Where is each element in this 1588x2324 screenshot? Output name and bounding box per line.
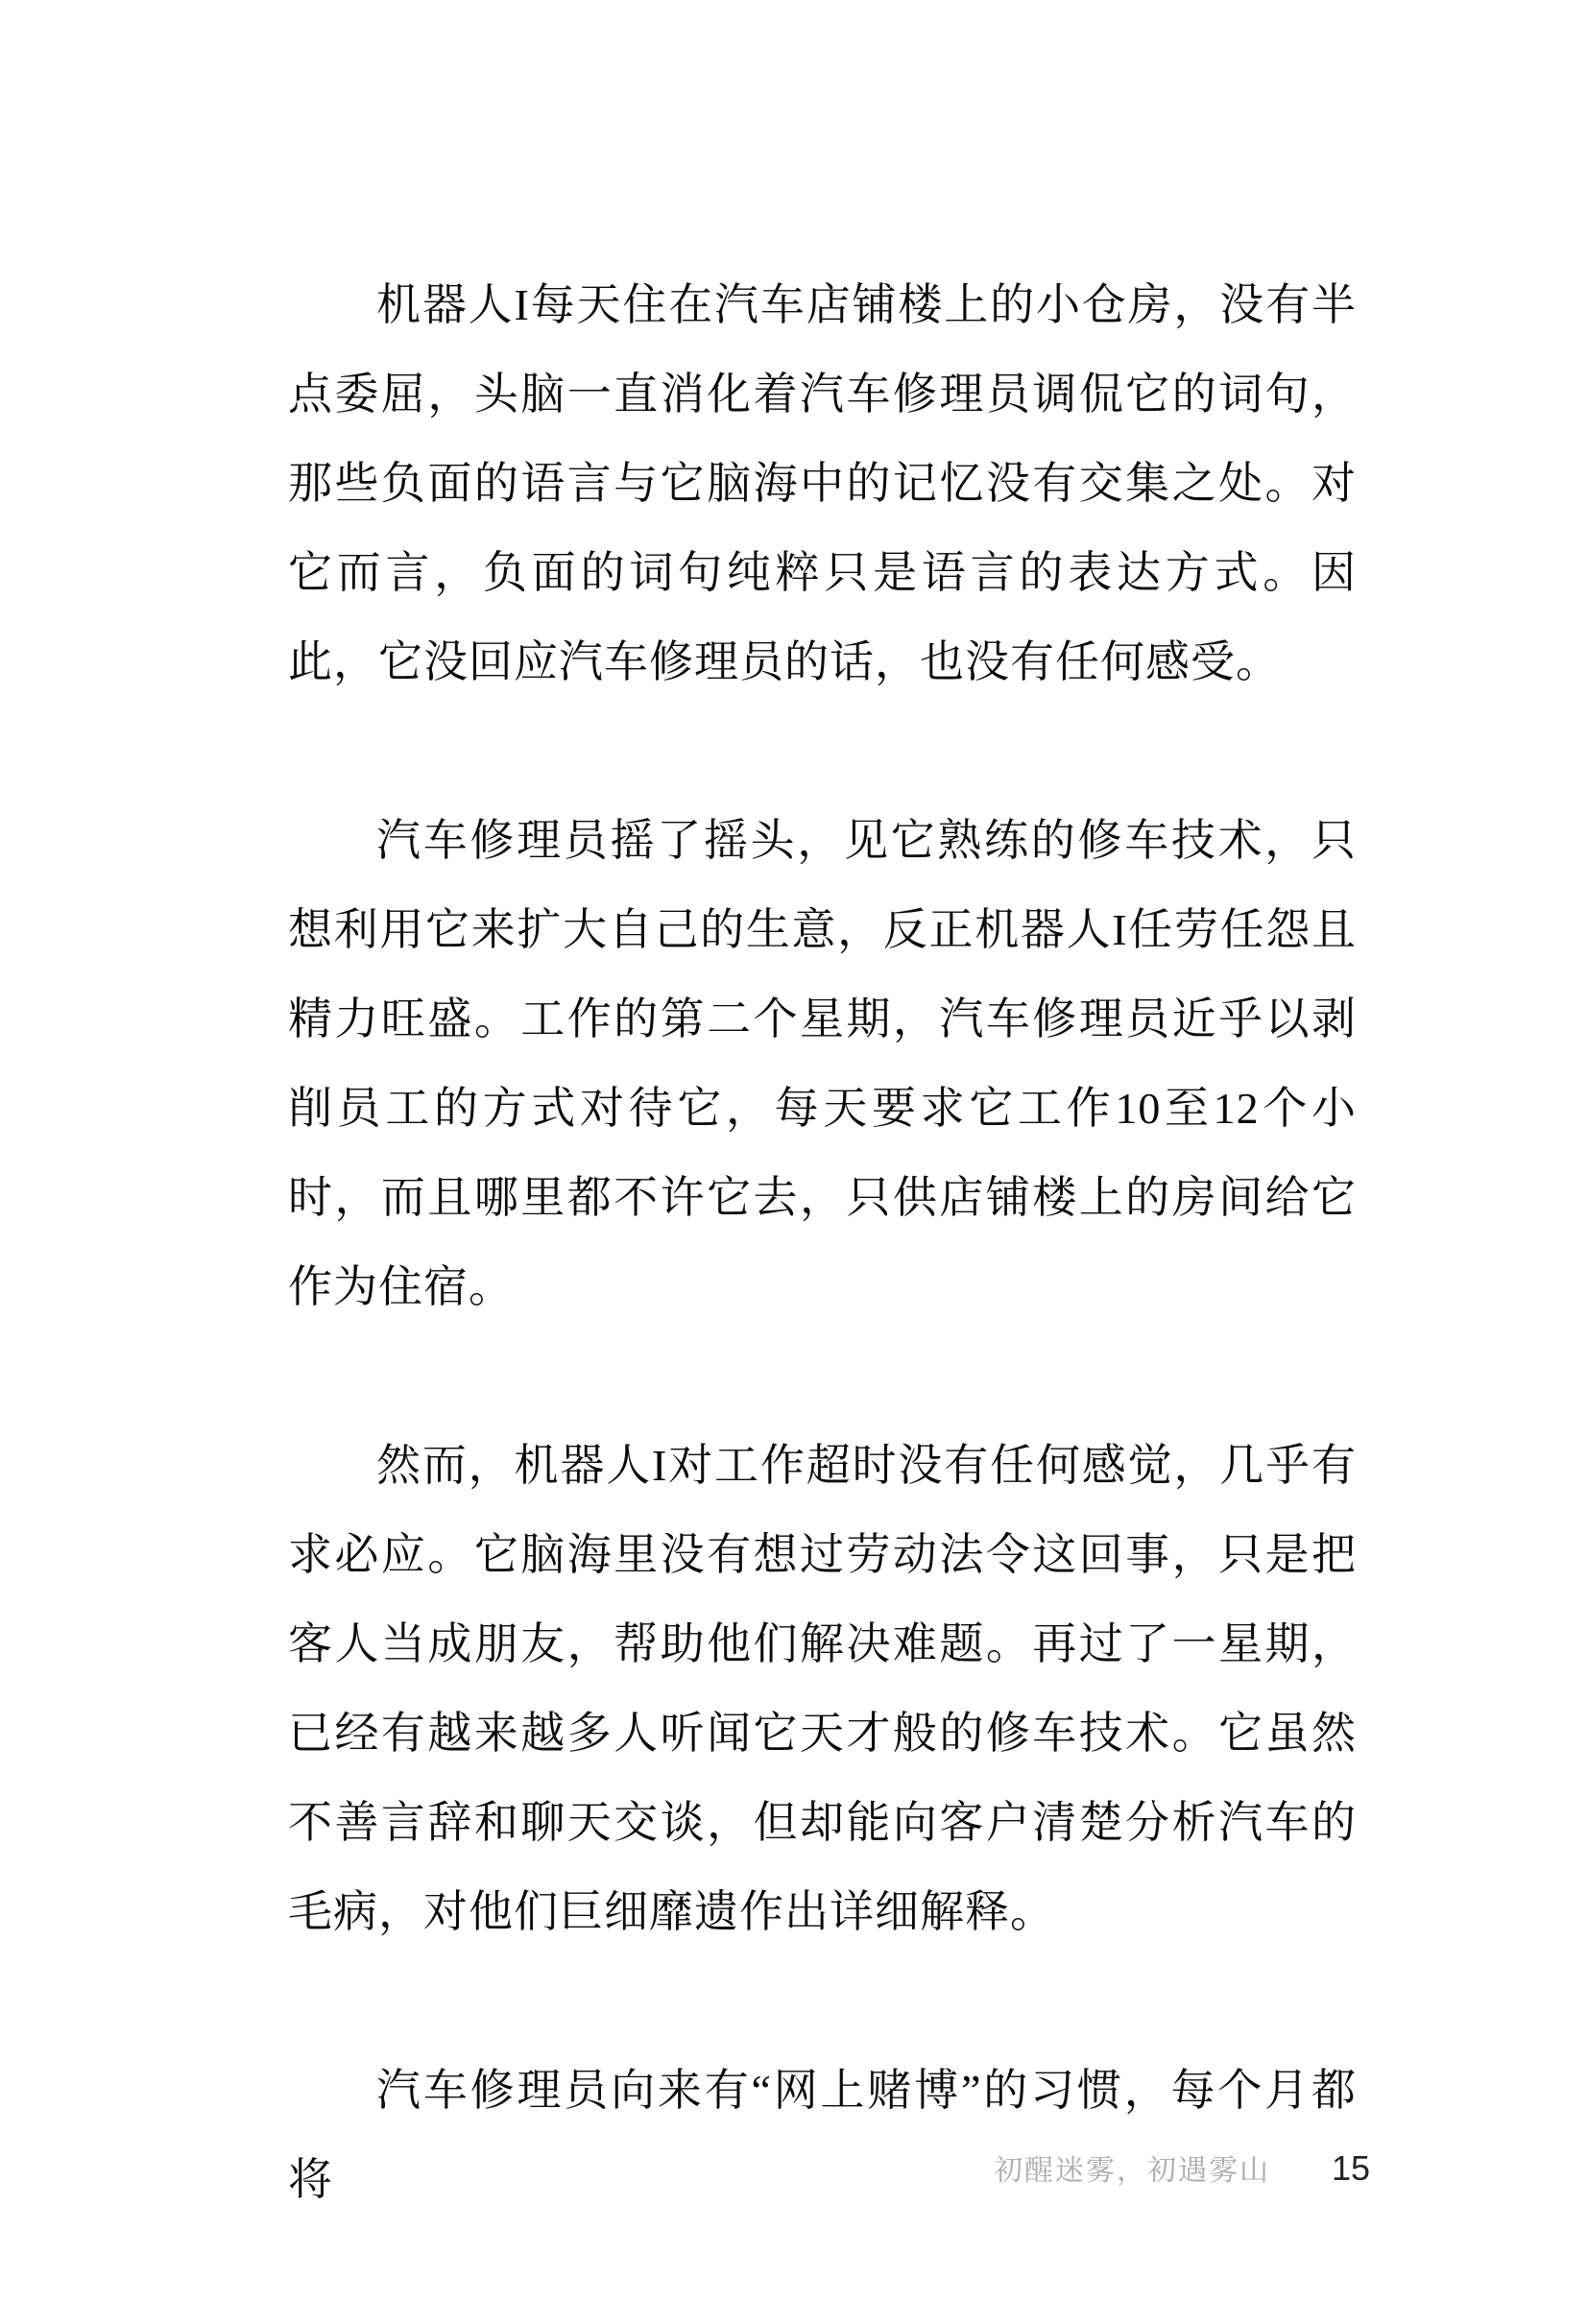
- body-paragraph: 然而，机器人I对工作超时没有任何感觉，几乎有求必应。它脑海里没有想过劳动法令这回…: [288, 1421, 1357, 1956]
- page-content: 机器人I每天住在汽车店铺楼上的小仓房，没有半点委屈，头脑一直消化着汽车修理员调侃…: [288, 260, 1357, 2224]
- body-paragraph: 汽车修理员向来有“网上赌博”的习惯，每个月都将: [288, 2046, 1357, 2224]
- body-paragraph: 机器人I每天住在汽车店铺楼上的小仓房，没有半点委屈，头脑一直消化着汽车修理员调侃…: [288, 260, 1357, 707]
- page-footer: 初醒迷雾，初遇雾山 15: [994, 2146, 1370, 2189]
- footer-chapter-title: 初醒迷雾，初遇雾山: [994, 2146, 1270, 2189]
- body-paragraph: 汽车修理员摇了摇头，见它熟练的修车技术，只想利用它来扩大自己的生意，反正机器人I…: [288, 796, 1357, 1331]
- footer-page-number: 15: [1332, 2148, 1370, 2189]
